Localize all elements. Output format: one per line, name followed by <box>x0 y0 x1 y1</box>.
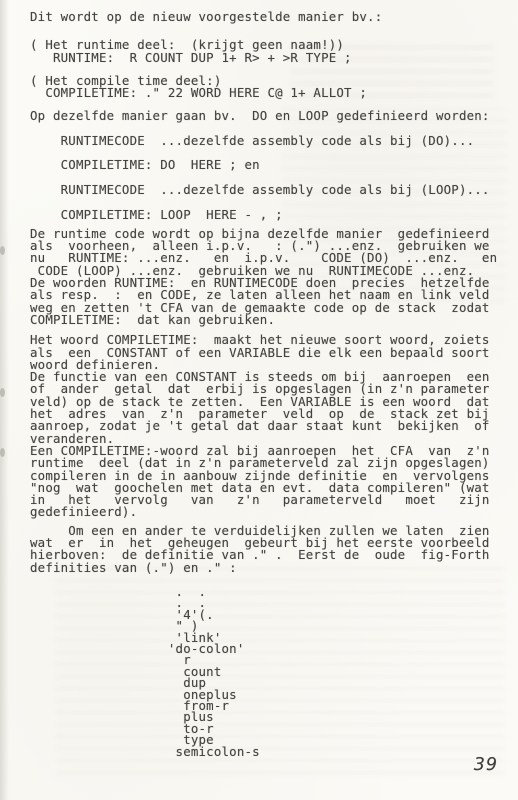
do-loop-intro-line: Op dezelfde manier gaan bv. DO en LOOP g… <box>30 110 508 122</box>
intro-line: Dit wordt op de nieuw voorgestelde manie… <box>30 11 508 23</box>
compiletime-explanation-paragraph: Het woord COMPILETIME: maakt het nieuwe … <box>30 334 508 445</box>
document-text-column: Dit wordt op de nieuw voorgestelde manie… <box>30 0 508 757</box>
compiletime-word-paragraph: Een COMPILETIME:-woord zal bij aanroepen… <box>30 445 508 519</box>
runtime-definition-code-block: ( Het runtime deel: (krijgt geen naam!))… <box>30 39 508 64</box>
example-intro-paragraph: Om een en ander te verduidelijken zullen… <box>30 525 508 574</box>
runtime-explanation-paragraph: De runtime code wordt op bijna dezelfde … <box>30 228 508 326</box>
page-number: 39 <box>474 755 498 775</box>
scan-artifact-speck <box>0 388 5 397</box>
do-loop-code-block: RUNTIMECODE ...dezelfde assembly code al… <box>30 135 508 221</box>
compiletime-definition-code-block: ( Het compile time deel:) COMPILETIME: .… <box>30 75 508 100</box>
memory-layout-diagram: . . . . '4'(. " ) 'link' 'do-colon' r co… <box>30 586 508 757</box>
scan-artifact-speck <box>0 246 5 255</box>
scan-artifact-speck <box>0 448 5 457</box>
page-binding-shadow <box>0 0 9 800</box>
